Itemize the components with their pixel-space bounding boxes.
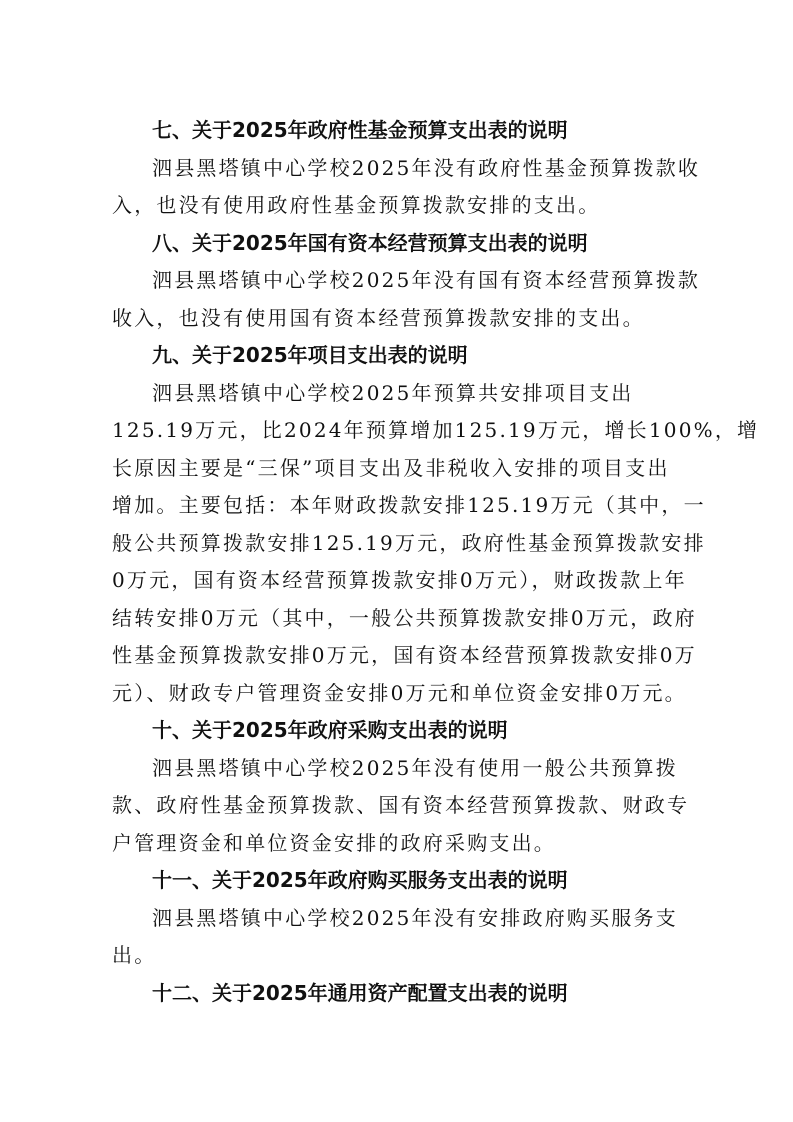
- section-heading-7: 七、关于2025年政府性基金预算支出表的说明: [112, 112, 672, 150]
- paragraph-line: 收入，也没有使用国有资本经营预算拨款安排的支出。: [112, 300, 672, 338]
- paragraph-line: 户管理资金和单位资金安排的政府采购支出。: [112, 825, 672, 863]
- document-page: 七、关于2025年政府性基金预算支出表的说明 泗县黑塔镇中心学校2025年没有政…: [0, 0, 793, 1122]
- section-heading-9: 九、关于2025年项目支出表的说明: [112, 337, 672, 375]
- paragraph-line: 泗县黑塔镇中心学校2025年没有政府性基金预算拨款收: [112, 150, 672, 188]
- document-content: 七、关于2025年政府性基金预算支出表的说明 泗县黑塔镇中心学校2025年没有政…: [112, 112, 672, 1012]
- paragraph-line: 125.19万元，比2024年预算增加125.19万元，增长100%，增: [112, 412, 672, 450]
- section-heading-12: 十二、关于2025年通用资产配置支出表的说明: [112, 975, 672, 1013]
- paragraph-line: 性基金预算拨款安排0万元，国有资本经营预算拨款安排0万: [112, 637, 672, 675]
- paragraph-line: 泗县黑塔镇中心学校2025年没有使用一般公共预算拨: [112, 750, 672, 788]
- paragraph-line: 出。: [112, 937, 672, 975]
- paragraph-line: 元）、财政专户管理资金安排0万元和单位资金安排0万元。: [112, 675, 672, 713]
- paragraph-line: 入，也没有使用政府性基金预算拨款安排的支出。: [112, 187, 672, 225]
- paragraph-line: 0万元，国有资本经营预算拨款安排0万元），财政拨款上年: [112, 562, 672, 600]
- section-heading-10: 十、关于2025年政府采购支出表的说明: [112, 712, 672, 750]
- section-heading-8: 八、关于2025年国有资本经营预算支出表的说明: [112, 225, 672, 263]
- paragraph-line: 款、政府性基金预算拨款、国有资本经营预算拨款、财政专: [112, 787, 672, 825]
- paragraph-line: 增加。主要包括：本年财政拨款安排125.19万元（其中，一: [112, 487, 672, 525]
- paragraph-line: 泗县黑塔镇中心学校2025年预算共安排项目支出: [112, 375, 672, 413]
- paragraph-line: 长原因主要是“三保”项目支出及非税收入安排的项目支出: [112, 450, 672, 488]
- paragraph-line: 般公共预算拨款安排125.19万元，政府性基金预算拨款安排: [112, 525, 672, 563]
- paragraph-line: 泗县黑塔镇中心学校2025年没有安排政府购买服务支: [112, 900, 672, 938]
- paragraph-line: 结转安排0万元（其中，一般公共预算拨款安排0万元，政府: [112, 600, 672, 638]
- paragraph-line: 泗县黑塔镇中心学校2025年没有国有资本经营预算拨款: [112, 262, 672, 300]
- section-heading-11: 十一、关于2025年政府购买服务支出表的说明: [112, 862, 672, 900]
